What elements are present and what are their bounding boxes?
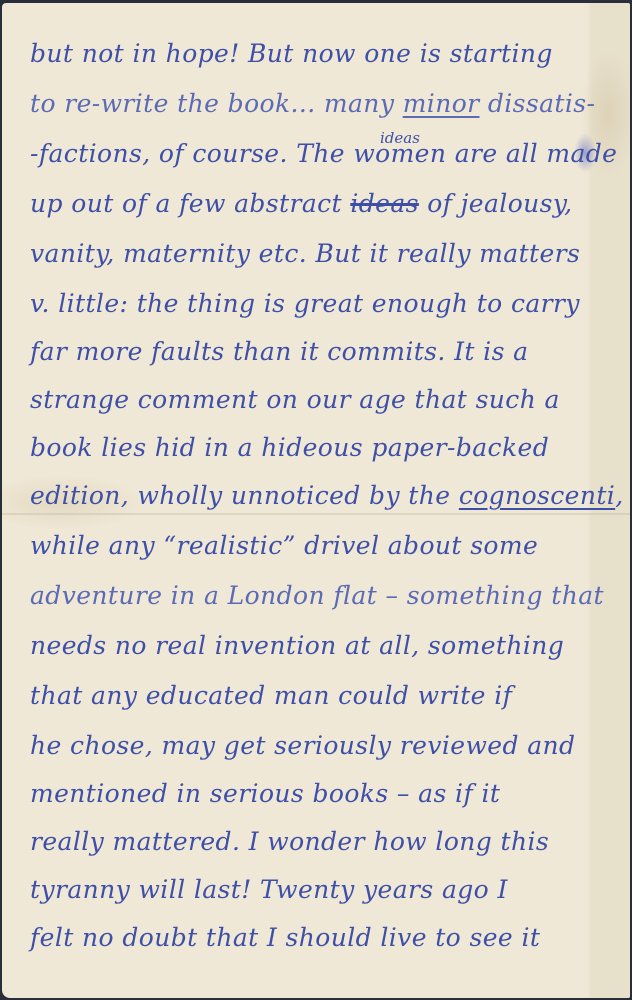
handwritten-line: -factions, of course. The women are all … xyxy=(30,141,617,166)
line-text: edition, wholly unnoticed by the xyxy=(30,481,459,510)
underlined-word: cognoscenti xyxy=(459,481,615,510)
handwritten-line: but not in hope! But now one is starting xyxy=(30,41,553,66)
handwritten-line: strange comment on our age that such a xyxy=(30,387,560,412)
handwritten-line: v. little: the thing is great enough to … xyxy=(30,291,580,316)
line-text: to re-write the book... many xyxy=(30,89,403,118)
line-text: of jealousy, xyxy=(419,189,573,218)
handwritten-line: tyranny will last! Twenty years ago I xyxy=(30,877,508,902)
handwritten-line: vanity, maternity etc. But it really mat… xyxy=(30,241,580,266)
struck-word: ideas xyxy=(350,189,419,218)
paper-fold-line xyxy=(2,513,630,515)
line-text: , xyxy=(615,481,623,510)
line-text: up out of a few abstract xyxy=(30,189,350,218)
line-text: dissatis- xyxy=(480,89,596,118)
handwritten-line: needs no real invention at all, somethin… xyxy=(30,633,564,658)
letter-page: ideas but not in hope! But now one is st… xyxy=(2,3,630,998)
handwritten-line: to re-write the book... many minor dissa… xyxy=(30,91,595,116)
handwritten-line: he chose, may get seriously reviewed and xyxy=(30,733,575,758)
handwritten-line: that any educated man could write if xyxy=(30,683,512,708)
handwritten-line: book lies hid in a hideous paper-backed xyxy=(30,435,549,460)
handwritten-line: felt no doubt that I should live to see … xyxy=(30,925,540,950)
handwritten-line: far more faults than it commits. It is a xyxy=(30,339,528,364)
handwritten-line: edition, wholly unnoticed by the cognosc… xyxy=(30,483,624,508)
underlined-word: minor xyxy=(403,89,480,118)
handwritten-line: mentioned in serious books – as if it xyxy=(30,781,500,806)
handwritten-line: while any “realistic” drivel about some xyxy=(30,533,538,558)
handwritten-line: really mattered. I wonder how long this xyxy=(30,829,549,854)
handwritten-line: up out of a few abstract ideas of jealou… xyxy=(30,191,572,216)
handwritten-line: adventure in a London flat – something t… xyxy=(30,583,604,608)
